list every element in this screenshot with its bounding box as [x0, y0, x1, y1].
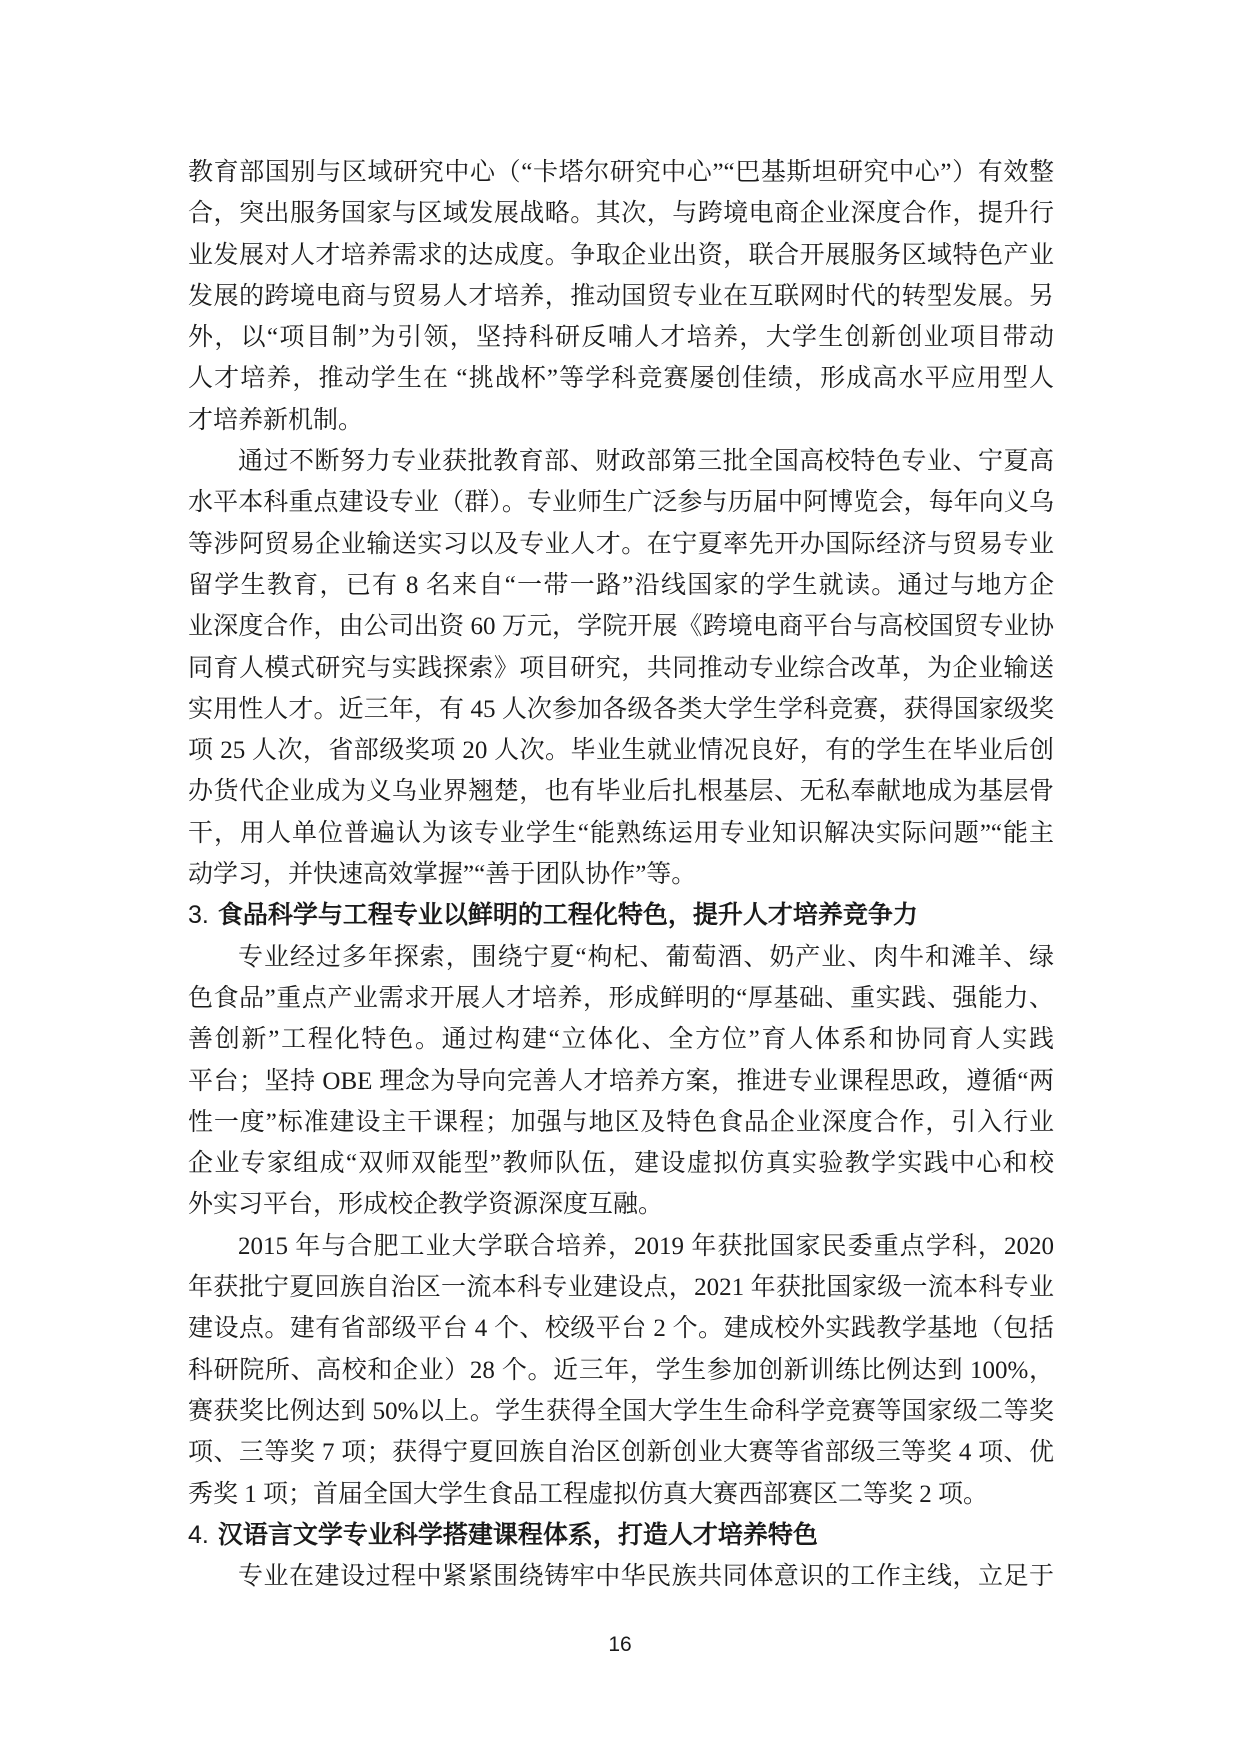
text-line: 干，用人单位普遍认为该专业学生“能熟练运用专业知识解决实际问题”“能主 — [188, 813, 1054, 854]
paragraph: 专业在建设过程中紧紧围绕铸牢中华民族共同体意识的工作主线，立足于 — [188, 1556, 1054, 1597]
section-heading: 4.汉语言文学专业科学搭建课程体系，打造人才培养特色 — [188, 1515, 1054, 1556]
text-line: 人才培养，推动学生在 “挑战杯”等学科竞赛屡创佳绩，形成高水平应用型人 — [188, 358, 1054, 399]
text-line: 科研院所、高校和企业）28 个。近三年，学生参加创新训练比例达到 100%，竞 — [188, 1350, 1054, 1391]
text-line: 才培养新机制。 — [188, 400, 1054, 441]
text-line: 2015 年与合肥工业大学联合培养，2019 年获批国家民委重点学科，2020 — [188, 1226, 1054, 1267]
heading-number: 3. — [188, 901, 218, 929]
text-line: 平台；坚持 OBE 理念为导向完善人才培养方案，推进专业课程思政，遵循“两 — [188, 1061, 1054, 1102]
text-line: 实用性人才。近三年，有 45 人次参加各级各类大学生学科竞赛，获得国家级奖 — [188, 689, 1054, 730]
text-line: 动学习，并快速高效掌握”“善于团队协作”等。 — [188, 854, 1054, 895]
heading-text: 汉语言文学专业科学搭建课程体系，打造人才培养特色 — [218, 1521, 818, 1549]
text-line: 色食品”重点产业需求开展人才培养，形成鲜明的“厚基础、重实践、强能力、 — [188, 978, 1054, 1019]
text-line: 业发展对人才培养需求的达成度。争取企业出资，联合开展服务区域特色产业 — [188, 235, 1054, 276]
section-heading: 3.食品科学与工程专业以鲜明的工程化特色，提升人才培养竞争力 — [188, 895, 1054, 936]
text-line: 外，以“项目制”为引领，坚持科研反哺人才培养，大学生创新创业项目带动 — [188, 317, 1054, 358]
text-line: 企业专家组成“双师双能型”教师队伍，建设虚拟仿真实验教学实践中心和校 — [188, 1143, 1054, 1184]
text-line: 发展的跨境电商与贸易人才培养，推动国贸专业在互联网时代的转型发展。另 — [188, 276, 1054, 317]
text-line: 赛获奖比例达到 50%以上。学生获得全国大学生生命科学竞赛等国家级二等奖 4 — [188, 1391, 1054, 1432]
document-page: 教育部国别与区域研究中心（“卡塔尔研究中心”“巴基斯坦研究中心”）有效整合，突出… — [0, 0, 1240, 1753]
text-line: 留学生教育，已有 8 名来自“一带一路”沿线国家的学生就读。通过与地方企 — [188, 565, 1054, 606]
text-line: 项 25 人次，省部级奖项 20 人次。毕业生就业情况良好，有的学生在毕业后创 — [188, 730, 1054, 771]
text-line: 通过不断努力专业获批教育部、财政部第三批全国高校特色专业、宁夏高 — [188, 441, 1054, 482]
text-line: 同育人模式研究与实践探索》项目研究，共同推动专业综合改革，为企业输送 — [188, 648, 1054, 689]
page-footer: 16 — [0, 1633, 1240, 1657]
heading-number: 4. — [188, 1521, 218, 1549]
text-line: 专业经过多年探索，围绕宁夏“枸杞、葡萄酒、奶产业、肉牛和滩羊、绿 — [188, 937, 1054, 978]
text-line: 年获批宁夏回族自治区一流本科专业建设点，2021 年获批国家级一流本科专业 — [188, 1267, 1054, 1308]
paragraph: 通过不断努力专业获批教育部、财政部第三批全国高校特色专业、宁夏高水平本科重点建设… — [188, 441, 1054, 895]
text-line: 外实习平台，形成校企教学资源深度互融。 — [188, 1184, 1054, 1225]
text-line: 秀奖 1 项；首届全国大学生食品工程虚拟仿真大赛西部赛区二等奖 2 项。 — [188, 1474, 1054, 1515]
text-line: 办货代企业成为义乌业界翘楚，也有毕业后扎根基层、无私奉献地成为基层骨 — [188, 771, 1054, 812]
text-line: 等涉阿贸易企业输送实习以及专业人才。在宁夏率先开办国际经济与贸易专业 — [188, 524, 1054, 565]
paragraph: 教育部国别与区域研究中心（“卡塔尔研究中心”“巴基斯坦研究中心”）有效整合，突出… — [188, 152, 1054, 441]
page-number: 16 — [608, 1633, 631, 1656]
paragraph: 专业经过多年探索，围绕宁夏“枸杞、葡萄酒、奶产业、肉牛和滩羊、绿色食品”重点产业… — [188, 937, 1054, 1226]
text-line: 善创新”工程化特色。通过构建“立体化、全方位”育人体系和协同育人实践 — [188, 1019, 1054, 1060]
document-body: 教育部国别与区域研究中心（“卡塔尔研究中心”“巴基斯坦研究中心”）有效整合，突出… — [188, 152, 1054, 1597]
text-line: 业深度合作，由公司出资 60 万元，学院开展《跨境电商平台与高校国贸专业协 — [188, 606, 1054, 647]
text-line: 性一度”标准建设主干课程；加强与地区及特色食品企业深度合作，引入行业 — [188, 1102, 1054, 1143]
heading-text: 食品科学与工程专业以鲜明的工程化特色，提升人才培养竞争力 — [218, 901, 918, 929]
text-line: 水平本科重点建设专业（群）。专业师生广泛参与历届中阿博览会，每年向义乌 — [188, 482, 1054, 523]
text-line: 建设点。建有省部级平台 4 个、校级平台 2 个。建成校外实践教学基地（包括 — [188, 1308, 1054, 1349]
text-line: 合，突出服务国家与区域发展战略。其次，与跨境电商企业深度合作，提升行 — [188, 193, 1054, 234]
text-line: 专业在建设过程中紧紧围绕铸牢中华民族共同体意识的工作主线，立足于 — [188, 1556, 1054, 1597]
text-line: 项、三等奖 7 项；获得宁夏回族自治区创新创业大赛等省部级三等奖 4 项、优 — [188, 1432, 1054, 1473]
text-line: 教育部国别与区域研究中心（“卡塔尔研究中心”“巴基斯坦研究中心”）有效整 — [188, 152, 1054, 193]
paragraph: 2015 年与合肥工业大学联合培养，2019 年获批国家民委重点学科，2020年… — [188, 1226, 1054, 1515]
